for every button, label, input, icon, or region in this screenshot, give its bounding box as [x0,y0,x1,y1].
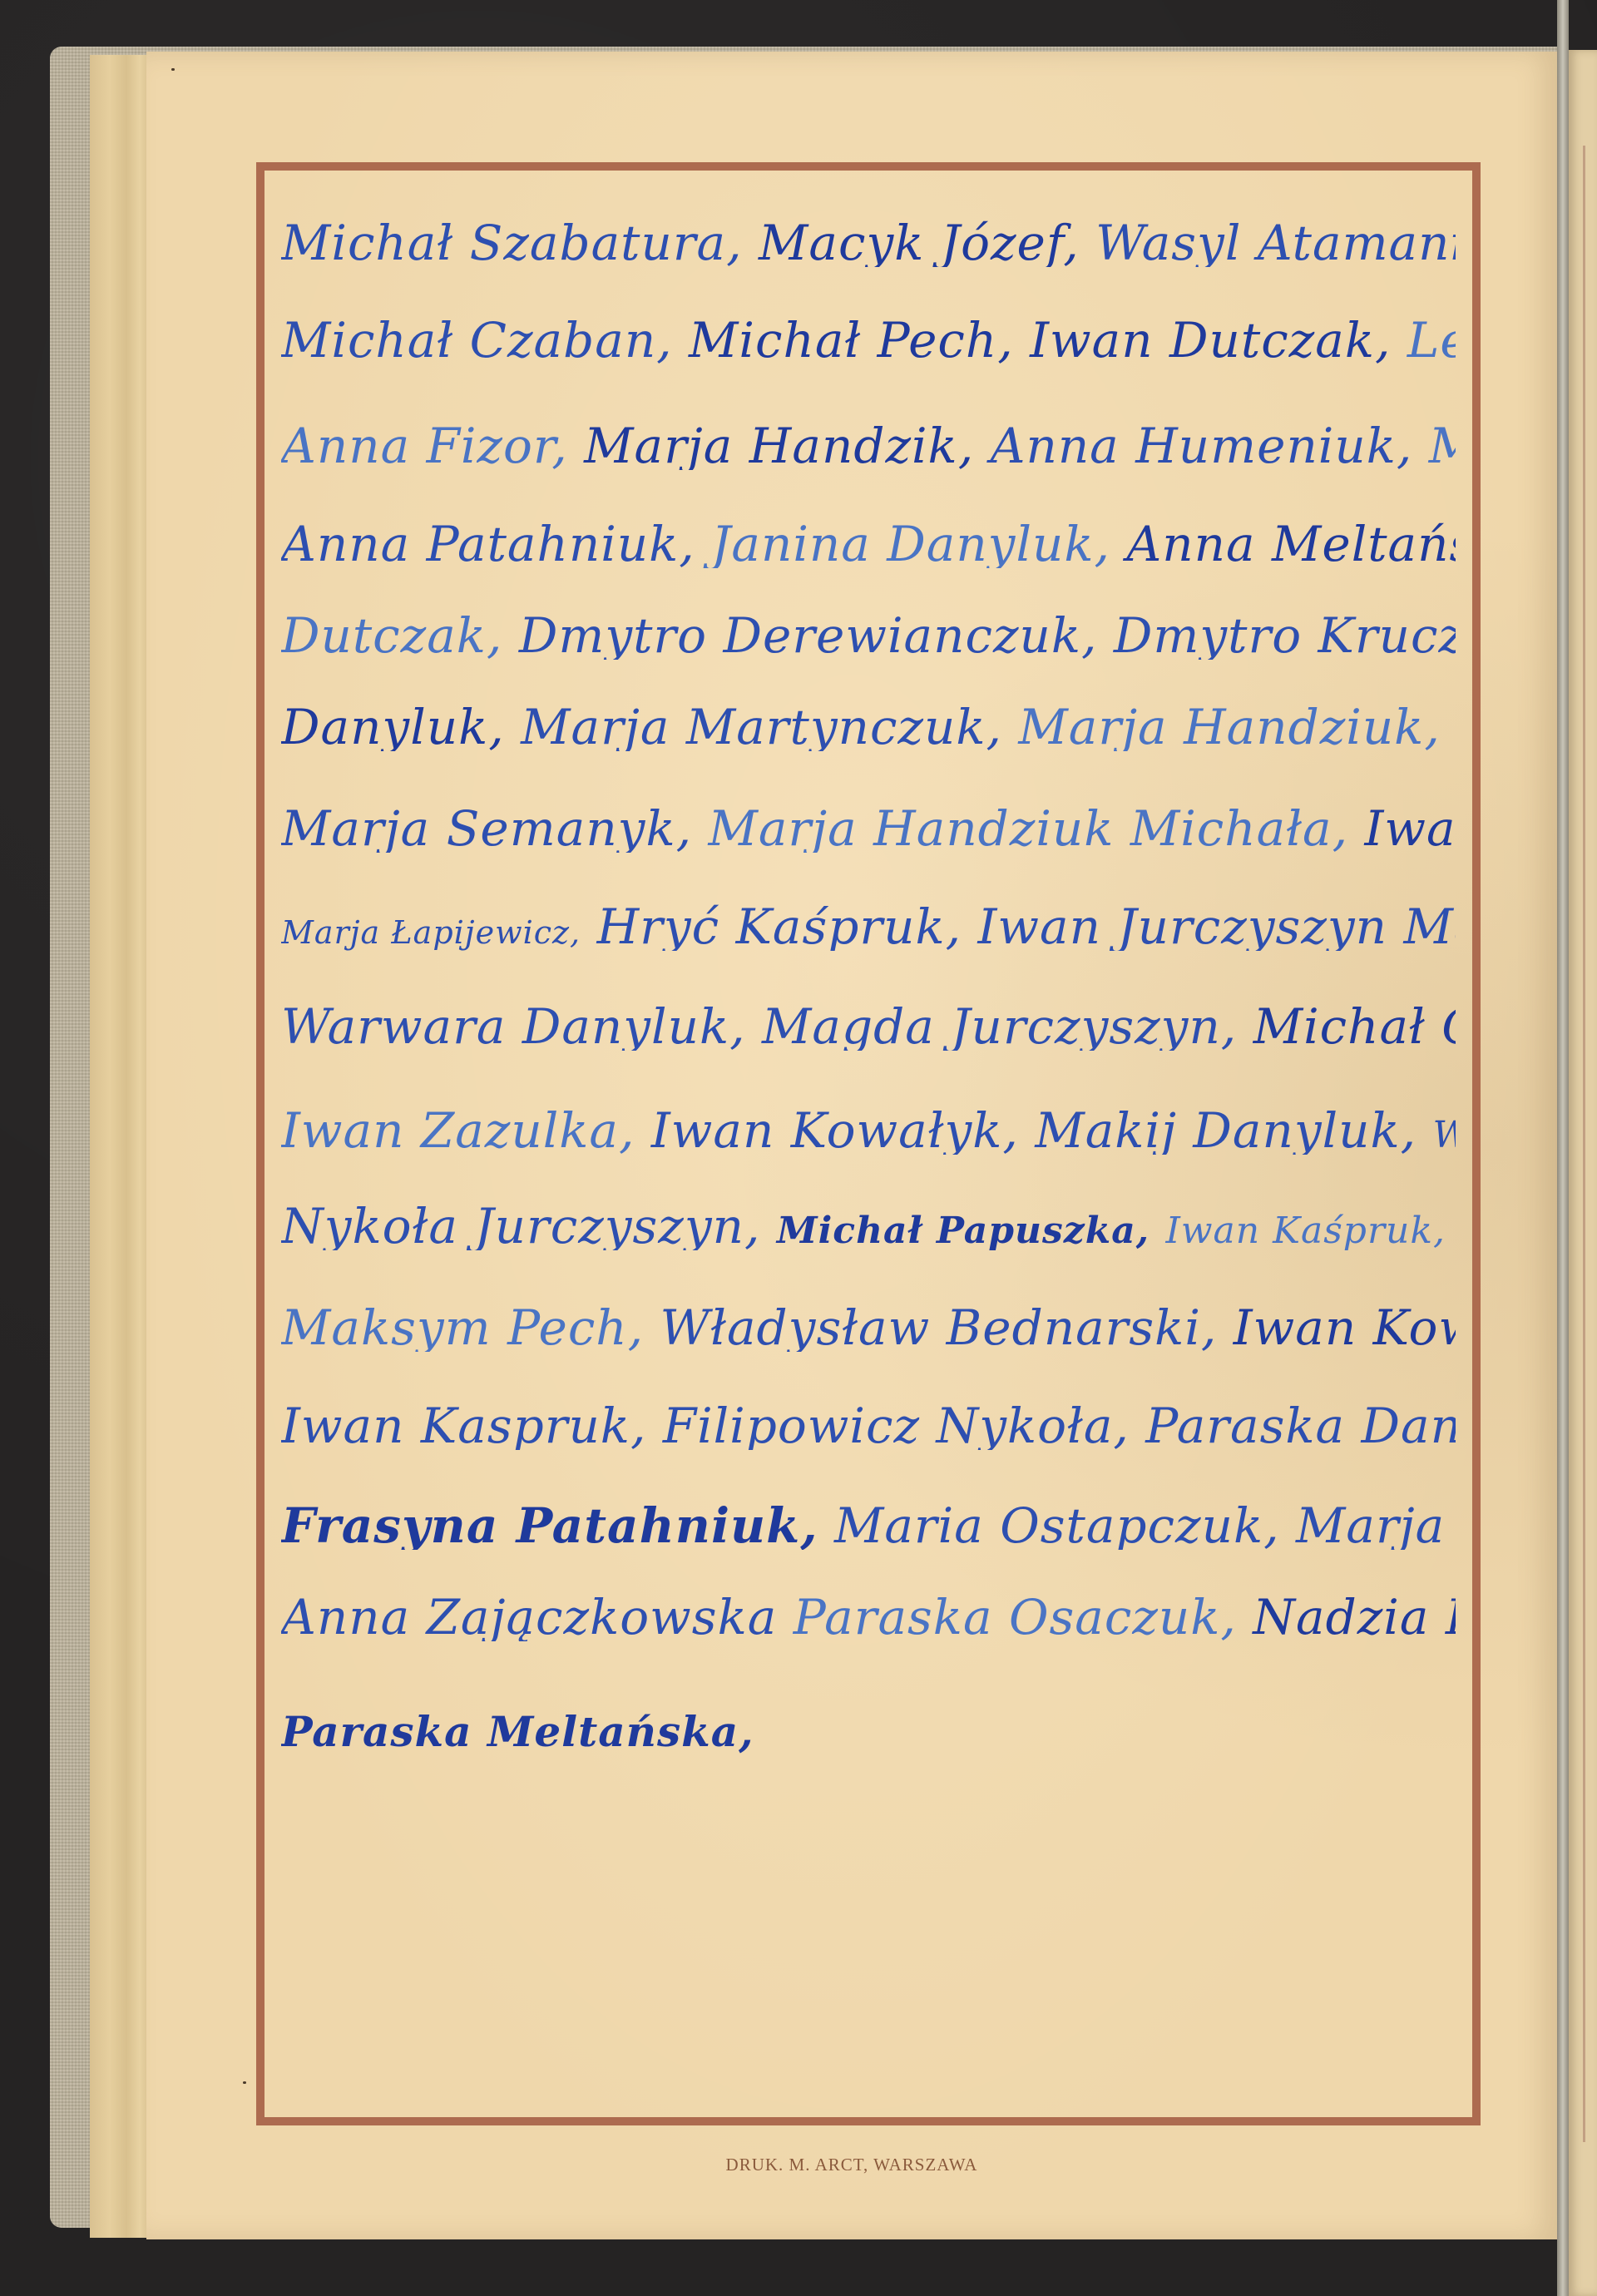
signature-name: Iwan Kaspruk, [281,1402,646,1450]
signature-name: Marja Pech, [1296,1502,1456,1550]
signature-name: Iwan Zazulka, [281,1106,635,1155]
signature-name: Iwan Kaśpruk, [1166,1210,1446,1250]
handwritten-line-15: Anna Zajączkowska Paraska Osaczuk, Nadzi… [281,1593,1456,1641]
handwritten-line-7: Marja Semanyk, Marja Handziuk Michała, I… [281,804,1456,853]
signature-name: Nykoła Jurczyszyn, [281,1202,760,1250]
handwritten-line-11: Nykoła Jurczyszyn, Michał Papuszka, Iwan… [281,1202,1456,1250]
signature-name: Danyluk, [281,703,505,751]
signature-name: Anna Zajączkowska [281,1593,777,1641]
signature-name: Paraska Danyluk, [1145,1402,1456,1450]
handwritten-line-3: Anna Fizor, Marja Handzik, Anna Humeniuk… [281,422,1456,470]
paper-speck [171,68,175,71]
signature-name: Janina Danyluk, [711,520,1110,568]
signature-name: Anna Fizor, [281,422,568,470]
facing-page-border [1583,146,1585,2142]
signature-name: Makij Danyluk, [1035,1106,1417,1155]
signature-name: Warwara Danyluk, [281,1002,746,1051]
signature-name: Iwan Kowałyk, [1234,1304,1456,1352]
handwritten-line-8: Marja Łapijewicz, Hryć Kaśpruk, Iwan Jur… [281,903,1456,951]
signature-name: Marja Handzik, [584,422,974,470]
handwritten-line-16: Paraska Meltańska, [281,1705,1456,1754]
signature-name: Iwan Kowałyk, [651,1106,1019,1155]
signature-name: Frasyna Patahniuk, [281,1502,818,1550]
document-page: Michał Szabatura, Macyk Józef, Wasyl Ata… [146,52,1557,2239]
signature-name: Marja Martynczuk, [521,703,1002,751]
signature-name: Nadzia Balisiec, [1253,1593,1456,1641]
gutter-strip [1557,0,1569,2296]
signature-name: Michał Szabatura, [281,219,743,267]
signature-name: Maksym Pech, [281,1304,644,1352]
signature-name: Maria Ostapczuk, [834,1502,1280,1550]
handwritten-line-14: Frasyna Patahniuk, Maria Ostapczuk, Marj… [281,1502,1456,1550]
printer-imprint: DRUK. M. ARCT, WARSZAWA [146,2155,1557,2175]
signature-name: Anna Meltańska, [1126,520,1456,568]
signature-name: Michał Pech, [689,316,1014,364]
signature-name: Michał Ostapczuk, [1253,1002,1456,1051]
signature-name: Władysław Bednarski, [660,1304,1218,1352]
handwritten-line-9: Warwara Danyluk, Magda Jurczyszyn, Micha… [281,1002,1456,1051]
signature-name: Marja Łapijewicz, [281,914,581,951]
handwritten-line-10: Iwan Zazulka, Iwan Kowałyk, Makij Danylu… [281,1106,1456,1155]
signature-name: Iwan Dorożewski [1364,804,1456,853]
handwritten-line-1: Michał Szabatura, Macyk Józef, Wasyl Ata… [281,219,1456,267]
handwritten-line-2: Michał Czaban, Michał Pech, Iwan Dutczak… [281,316,1456,364]
signature-name: Filipowicz Nykoła, [663,1402,1130,1450]
decorative-border-frame: Michał Szabatura, Macyk Józef, Wasyl Ata… [256,162,1481,2125]
signature-name: Paraska Osaczuk, [794,1593,1237,1641]
signature-name: Michał Czaban, [281,316,673,364]
signature-name: Michał Papuszka, [777,1210,1150,1250]
signature-name: Dmytro Derewianczuk, [519,611,1098,660]
signature-name: Dmytro Kruczak, [1114,611,1456,660]
signature-name: Dutczak, [281,611,502,660]
signature-name: Matija, [1403,903,1456,951]
handwritten-line-4: Anna Patahniuk, Janina Danyluk, Anna Mel… [281,520,1456,568]
signature-name: Paraska Meltańska, [281,1707,754,1754]
signature-name: Marja Semanyk, [281,804,692,853]
handwritten-line-6: Danyluk, Marja Martynczuk, Marja Handziu… [281,703,1456,751]
signature-name: Iwan Dutczak, [1030,316,1391,364]
signature-name: Marja Handziuk, [1429,422,1456,470]
signature-name: Anna Patahniuk, [281,520,695,568]
signature-name: Wasyl Nykoluk. [1433,1114,1456,1155]
signature-name: Iwan Jurczyszyn [977,903,1387,951]
signature-name: Leś Harbuz, [1407,316,1456,364]
handwritten-line-13: Iwan Kaspruk, Filipowicz Nykoła, Paraska… [281,1402,1456,1450]
signature-name: Wasyl Atamaniuk, [1095,219,1456,267]
paper-speck [243,2081,246,2084]
signature-name: Hryć Kaśpruk, [597,903,962,951]
handwritten-line-5: Dutczak, Dmytro Derewianczuk, Dmytro Kru… [281,611,1456,660]
signature-name: Marja Handziuk, [1018,703,1440,751]
signature-name: Marja Handziuk Michała, [708,804,1348,853]
signature-name: Magda Jurczyszyn, [762,1002,1237,1051]
signature-name: Anna Humeniuk, [991,422,1413,470]
handwritten-line-12: Maksym Pech, Władysław Bednarski, Iwan K… [281,1304,1456,1352]
signature-name: Macyk Józef, [759,219,1080,267]
